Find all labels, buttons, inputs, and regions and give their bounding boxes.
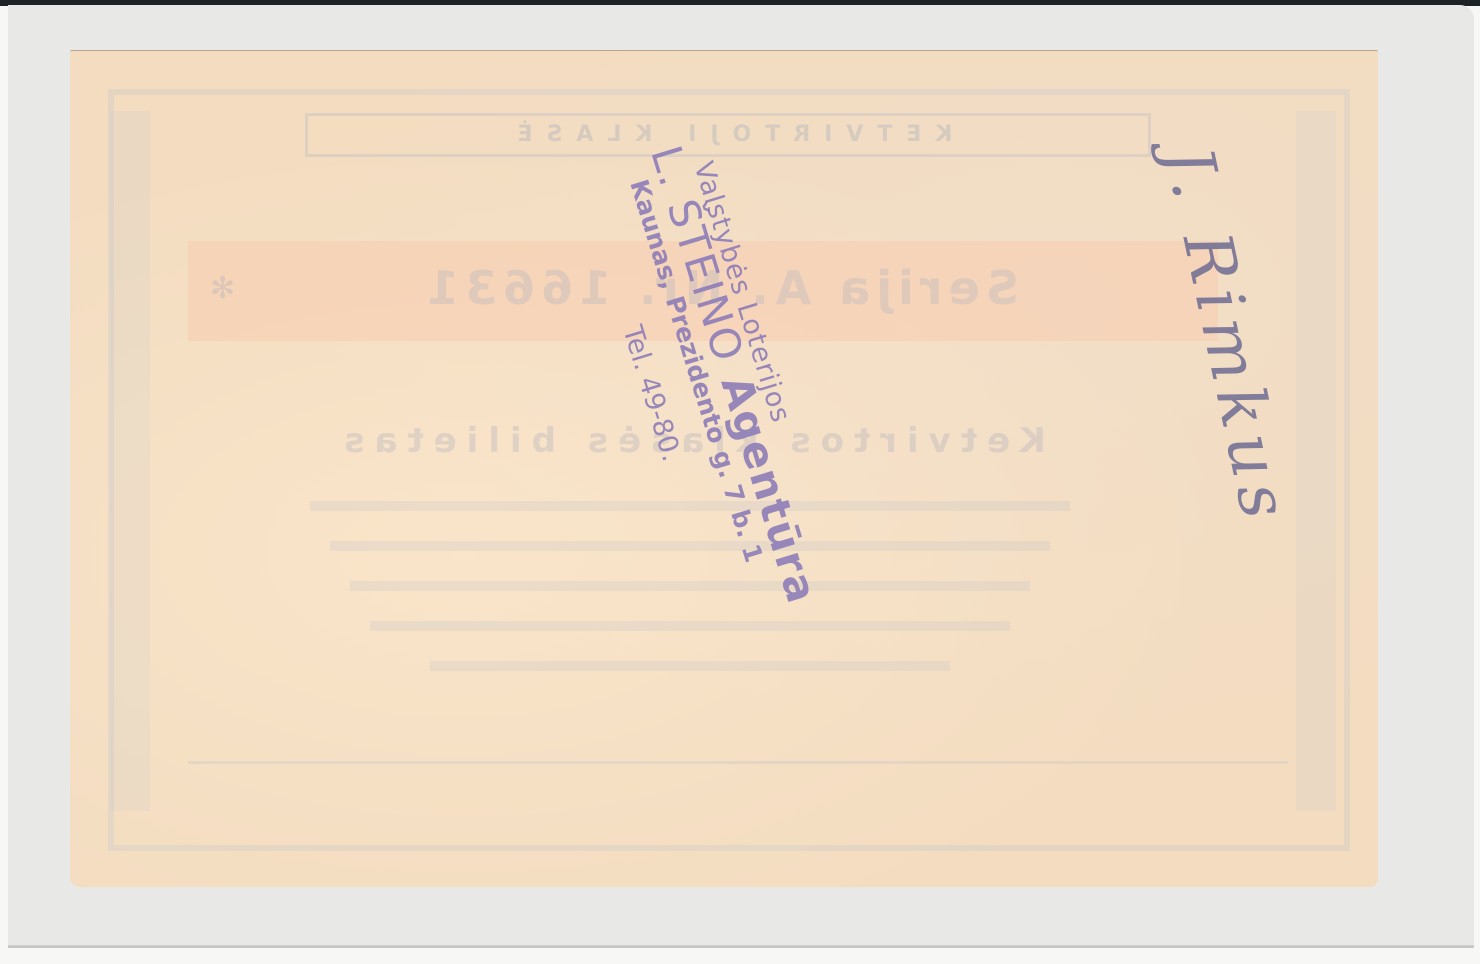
backing-card-bottom-edge <box>8 946 1474 948</box>
ghost-text-line <box>370 621 1010 631</box>
ghost-serial-text: Serija A. Nr. 16631 <box>270 261 1170 321</box>
ghost-text-line <box>350 581 1030 591</box>
ghost-star-ornament-icon: ✻ <box>210 271 235 306</box>
ghost-text-line <box>330 541 1050 551</box>
ghost-body-heading: Ketvirtos klasės bilietas <box>290 421 1090 461</box>
ghost-bottom-ornament <box>188 761 1288 824</box>
ghost-text-line <box>430 661 950 671</box>
ghost-text-line <box>310 501 1070 511</box>
ghost-header-text: KETVIRTOJI KLASĖ <box>305 113 1151 157</box>
